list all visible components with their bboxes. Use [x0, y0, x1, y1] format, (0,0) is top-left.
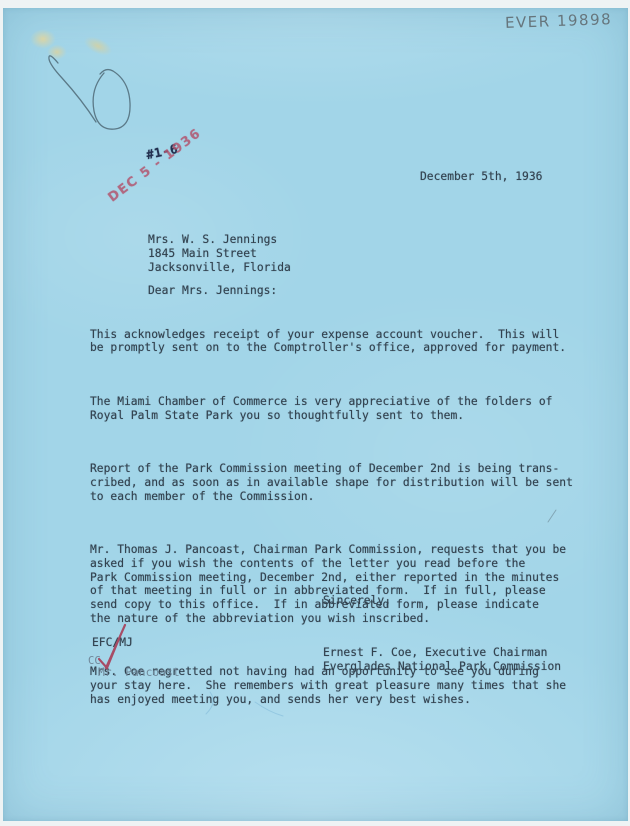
letter-date: December 5th, 1936 [420, 170, 542, 184]
signer-organization: Everglades National Park Commission [323, 660, 561, 673]
signature-block: Ernest F. Coe, Executive Chairman Evergl… [323, 646, 561, 674]
signer-name-title: Ernest F. Coe, Executive Chairman [323, 646, 547, 659]
salutation: Dear Mrs. Jennings: [148, 284, 277, 298]
paragraph-3: Report of the Park Commission meeting of… [90, 462, 590, 503]
pencil-scribble-mark [40, 50, 160, 140]
paragraph-1: This acknowledges receipt of your expens… [90, 328, 590, 356]
catalog-number: EVER 19898 [505, 10, 613, 32]
recipient-address: Mrs. W. S. Jennings 1845 Main Street Jac… [148, 233, 291, 276]
pencil-tick-mark [545, 508, 559, 524]
paragraph-2: The Miami Chamber of Commerce is very ap… [90, 395, 590, 423]
recipient-name: Mrs. W. S. Jennings [148, 233, 277, 246]
recipient-street: 1845 Main Street [148, 247, 257, 260]
recipient-city: Jacksonville, Florida [148, 261, 291, 274]
paragraph-4: Mr. Thomas J. Pancoast, Chairman Park Co… [90, 543, 590, 626]
closing: Sincerely, [323, 594, 391, 608]
paper-fiber-marks [180, 690, 310, 750]
red-check-mark [90, 620, 135, 675]
